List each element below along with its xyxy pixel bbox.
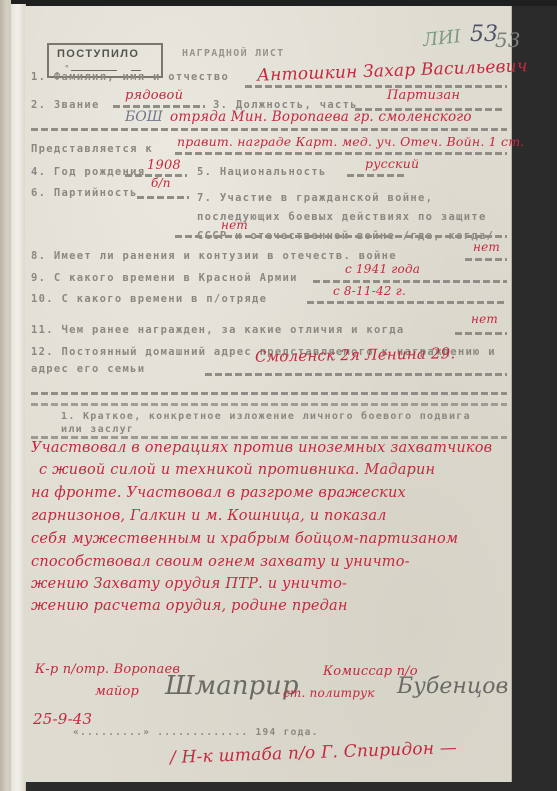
field-num: 8. <box>31 250 46 262</box>
field-value-7: нет <box>221 218 248 232</box>
field-num: 12. <box>31 346 54 358</box>
field-label-2: 2. Звание <box>31 99 100 111</box>
field-value-2-rank: рядовой <box>125 88 183 103</box>
fill-line <box>31 128 507 131</box>
field-value-12-address: Смоленск 2я Ленина 29. <box>255 344 456 365</box>
separator-line <box>31 403 507 406</box>
sheet-number-alt: 53 <box>495 28 520 52</box>
field-label: Звание <box>54 99 100 111</box>
commissar-signature: Бубенцов <box>397 674 508 699</box>
stamp-date: « <box>65 63 69 70</box>
fill-line <box>113 105 205 108</box>
field-num: 4. <box>31 166 46 178</box>
field-label: Чем ранее награжден, за какие отличия и … <box>62 324 405 336</box>
field-value-award: правит. награде Карт. мед. уч. Отеч. Вой… <box>177 134 524 149</box>
narrative-line: жению Захвату орудия ПТР. и уничто- <box>31 576 347 592</box>
stamp-label: ПОСТУПИЛО <box>57 48 139 60</box>
fill-line <box>245 85 507 88</box>
field-value-6-party: б/п <box>151 176 171 190</box>
fill-line <box>175 152 507 155</box>
field-label: Партийность <box>54 187 138 199</box>
field-label-6: 6. Партийность <box>31 187 138 199</box>
field-num: 7. <box>197 192 212 204</box>
document-title: НАГРАДНОЙ ЛИСТ <box>182 48 285 59</box>
fill-line <box>465 258 507 261</box>
fill-line <box>137 196 189 199</box>
separator-line <box>31 392 507 395</box>
fill-line <box>313 280 507 283</box>
field-value-5-nationality: русский <box>365 156 419 171</box>
fill-line <box>175 235 507 238</box>
field-value-4-birth-year: 1908 <box>147 158 181 173</box>
separator-line <box>31 436 507 439</box>
field-label-8: 8. Имеет ли ранения и контузии в отечест… <box>31 250 397 262</box>
field-num: 10. <box>31 293 54 305</box>
narrative-line: способствовал своим огнем захвату и унич… <box>31 554 410 570</box>
narrative-line: себя мужественным и храбрым бойцом-парти… <box>31 531 458 547</box>
fill-line <box>347 174 407 177</box>
fill-line <box>455 332 507 335</box>
award-sheet-page: ПОСТУПИЛО « НАГРАДНОЙ ЛИСТ ЛИI 53 53 1. … <box>25 6 511 782</box>
field-label: Имеет ли ранения и контузии в отечеств. … <box>54 250 397 262</box>
field-label-10: 10. С какого времени в п/отряде <box>31 293 267 305</box>
commander-rank: майор <box>95 684 139 699</box>
field-label-5: 5. Национальность <box>197 166 327 178</box>
field-num: 6. <box>31 187 46 199</box>
archive-fund-mark: ЛИI <box>422 26 462 51</box>
field-value-11: нет <box>471 312 498 326</box>
page-edge <box>11 4 26 791</box>
field-label: С какого времени в п/отряде <box>62 293 268 305</box>
field-num: 1. <box>31 71 46 83</box>
narrative-line: с живой силой и техникой противника. Мад… <box>39 462 435 478</box>
field-label-presented: Представляется к <box>31 143 153 155</box>
field-value-1-name: Антошкин Захар Васильевич <box>257 56 528 85</box>
fill-line <box>205 373 507 376</box>
field-label: Национальность <box>220 166 327 178</box>
field-value-unit: отряда Мин. Воропаева гр. смоленского <box>170 109 472 125</box>
field-num: 9. <box>31 272 46 284</box>
field-value-10: с 8-11-42 г. <box>333 284 406 298</box>
typed-date-line: «.........» ............. 194 года. <box>73 727 319 738</box>
section-heading: 1. Краткое, конкретное изложение личного… <box>61 410 481 436</box>
fill-line <box>307 301 507 304</box>
commander-title: К-р п/отр. Воропаев <box>35 662 180 677</box>
field-label: С какого времени в Красной Армии <box>54 272 298 284</box>
narrative-line: жению расчета орудия, родине предан <box>31 598 348 614</box>
field-value-3-position: Партизан <box>387 88 460 103</box>
field-value-9: с 1941 года <box>345 262 420 276</box>
field-label-11: 11. Чем ранее награжден, за какие отличи… <box>31 324 404 336</box>
handwritten-date: 25-9-43 <box>33 710 92 728</box>
scan-binding-strip <box>0 0 11 791</box>
narrative-line: Участвовал в операциях против иноземных … <box>31 440 492 456</box>
commander-signature: Шмаприр <box>165 671 299 701</box>
narrative-line: гарнизонов, Галкин и м. Кошница, и показ… <box>31 508 387 524</box>
field-label-1: 1. Фамилия, имя и отчество <box>31 71 229 83</box>
chief-of-staff-note: / Н-к штаба п/о Г. Спиридон — <box>170 738 458 768</box>
field-label-9: 9. С какого времени в Красной Армии <box>31 272 298 284</box>
field-num: 2. <box>31 99 46 111</box>
pencil-note: БОШ <box>125 109 163 125</box>
field-num: 11. <box>31 324 54 336</box>
field-num: 5. <box>197 166 212 178</box>
sheet-number: 53 <box>470 22 498 47</box>
field-label: Фамилия, имя и отчество <box>54 71 229 83</box>
narrative-line: на фронте. Участвовал в разгроме вражеск… <box>31 485 406 501</box>
commissar-rank: ст. политрук <box>283 686 375 700</box>
field-value-8: нет <box>473 240 500 254</box>
